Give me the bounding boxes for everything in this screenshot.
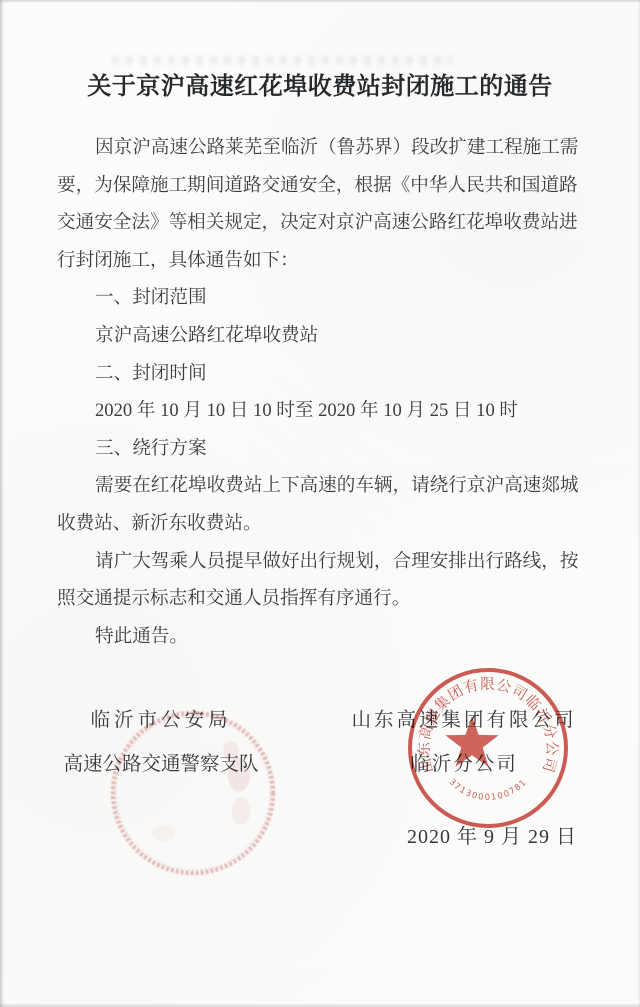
body-line-section-3: 三、绕行方案 — [57, 430, 587, 468]
ink-bleed-smudge — [112, 56, 452, 65]
signature-company-branch: 临沂分公司 — [344, 743, 584, 787]
body-line-closing: 特此通告。 — [57, 618, 587, 656]
body-line: 因京沪高速公路莱芜至临沂（鲁苏界）段改扩建工程施工需 — [57, 129, 587, 167]
body-line: 京沪高速公路红花埠收费站 — [57, 317, 587, 355]
signature-company: 山东高速集团有限公司 临沂分公司 — [344, 699, 584, 787]
scanned-notice-page: 关于京沪高速红花埠收费站封闭施工的通告 因京沪高速公路莱芜至临沂（鲁苏界）段改扩… — [0, 0, 640, 1007]
body-line-section-2: 二、封闭时间 — [57, 355, 587, 393]
body-line: 照交通提示标志和交通人员指挥有序通行。 — [57, 580, 587, 618]
body-line-closure-time: 2020 年 10 月 10 日 10 时至 2020 年 10 月 25 日 … — [57, 392, 587, 430]
scan-edge-bottom — [0, 1003, 640, 1007]
body-line: 需要在红花埠收费站上下高速的车辆，请绕行京沪高速郯城 — [57, 467, 587, 505]
scan-edge-left — [0, 0, 5, 1007]
body-line: 要，为保障施工期间道路交通安全，根据《中华人民共和国道路 — [57, 167, 587, 205]
notice-body: 因京沪高速公路莱芜至临沂（鲁苏界）段改扩建工程施工需 要，为保障施工期间道路交通… — [57, 129, 587, 655]
body-line-section-1: 一、封闭范围 — [57, 279, 587, 317]
signature-company-org: 山东高速集团有限公司 — [344, 699, 584, 743]
seal-smudge — [232, 797, 250, 825]
body-line: 交通安全法》等相关规定，决定对京沪高速公路红花埠收费站进 — [57, 204, 587, 242]
body-line: 行封闭施工，具体通告如下： — [57, 242, 587, 280]
signature-date: 2020 年 9 月 29 日 — [407, 820, 577, 849]
body-line: 收费站、新沂东收费站。 — [57, 505, 587, 543]
scan-edge-top — [0, 0, 640, 3]
seal-smudge — [151, 825, 175, 841]
signature-police: 临沂市公安局 高速公路交通警察支队 — [52, 699, 270, 787]
notice-title: 关于京沪高速红花埠收费站封闭施工的通告 — [0, 66, 640, 101]
signature-police-unit: 高速公路交通警察支队 — [52, 743, 270, 787]
body-line: 请广大驾乘人员提早做好出行规划，合理安排出行路线，按 — [57, 543, 587, 581]
signature-police-org: 临沂市公安局 — [52, 699, 270, 743]
